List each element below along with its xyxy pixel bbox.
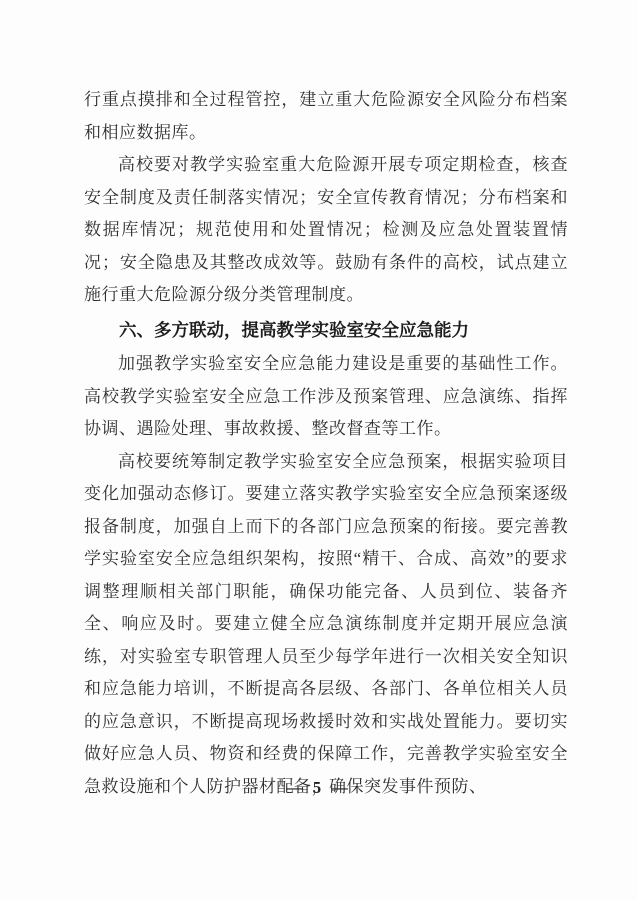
body-paragraph: 高校要统筹制定教学实验室安全应急预案，根据实验项目变化加强动态修订。要建立落实教… [84,446,568,804]
body-paragraph: 加强教学实验室安全应急能力建设是重要的基础性工作。高校教学实验室安全应急工作涉及… [84,348,568,446]
body-paragraph-continuation: 行重点摸排和全过程管控，建立重大危险源安全风险分布档案和相应数据库。 [84,84,568,149]
document-page: 行重点摸排和全过程管控，建立重大危险源安全风险分布档案和相应数据库。 高校要对教… [0,0,637,900]
body-paragraph: 高校要对教学实验室重大危险源开展专项定期检查，核查安全制度及责任制落实情况；安全… [84,149,568,312]
section-heading: 六、多方联动，提高教学实验室安全应急能力 [84,314,568,347]
page-number: — 5 — [0,778,637,798]
document-text-block: 行重点摸排和全过程管控，建立重大危险源安全风险分布档案和相应数据库。 高校要对教… [84,84,568,803]
